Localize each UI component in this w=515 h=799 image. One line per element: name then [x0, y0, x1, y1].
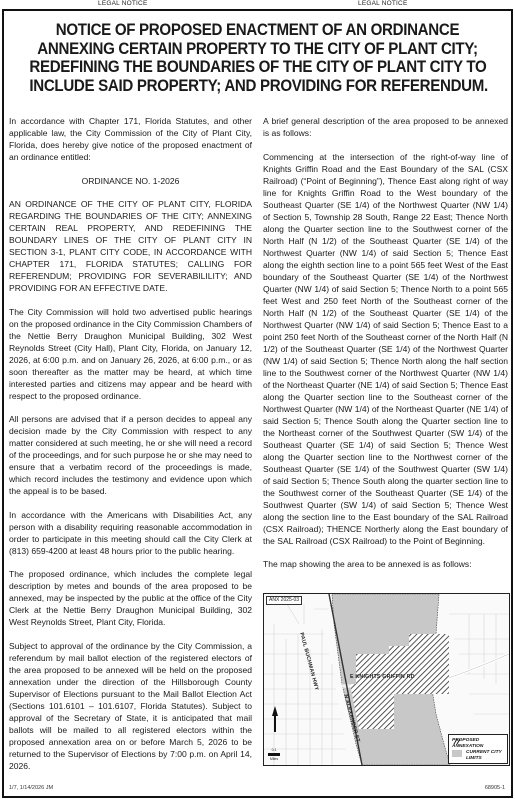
road-label-knights-griffin: E KNIGHTS GRIFFIN RD [350, 674, 415, 680]
legal-notice-label-right: LEGAL NOTICE [358, 0, 407, 8]
map-legend: PROPOSED ANNEXATION CURRENT CITY LIMITS [448, 734, 508, 764]
scale-unit: Miles [268, 757, 280, 761]
title-line-3: REDEFINING THE BOUNDARIES OF THE CITY OF… [29, 58, 485, 77]
right-column: A brief general description of the area … [263, 115, 508, 582]
map-id-label: ANX 2025-03 [266, 596, 302, 605]
ada-paragraph: In accordance with the Americans with Di… [9, 509, 252, 557]
run-dates: 1/7, 1/14/2026 JM [9, 785, 53, 791]
map-intro: The map showing the area to be annexed i… [263, 558, 508, 570]
annexation-map: ANX 2025-03 PAUL BUCHMAN HWY N ALEXANDER… [263, 593, 510, 766]
title-line-1: NOTICE OF PROPOSED ENACTMENT OF AN ORDIN… [29, 21, 485, 40]
scale-value: 0.1 [268, 748, 280, 752]
legend-proposed: PROPOSED ANNEXATION [452, 738, 490, 749]
legend-current-label: CURRENT CITY LIMITS [466, 750, 504, 761]
left-column: In accordance with Chapter 171, Florida … [9, 115, 252, 783]
legal-description: Commencing at the intersection of the ri… [263, 151, 508, 547]
ordinance-number: ORDINANCE NO. 1-2026 [9, 175, 252, 187]
scale-bar [268, 753, 280, 756]
appeal-paragraph: All persons are advised that if a person… [9, 413, 252, 497]
map-scale: 0.1 Miles [268, 748, 280, 761]
legend-current: CURRENT CITY LIMITS [452, 750, 504, 761]
brief-description-intro: A brief general description of the area … [263, 115, 508, 139]
intro-paragraph: In accordance with Chapter 171, Florida … [9, 115, 252, 163]
hearings-paragraph: The City Commission will hold two advert… [9, 306, 252, 402]
gray-swatch-icon [452, 750, 462, 757]
notice-title: NOTICE OF PROPOSED ENACTMENT OF AN ORDIN… [29, 21, 485, 95]
ordinance-title: AN ORDINANCE OF THE CITY OF PLANT CITY, … [9, 198, 252, 294]
referendum-paragraph: Subject to approval of the ordinance by … [9, 640, 252, 772]
title-line-4: INCLUDE SAID PROPERTY; AND PROVIDING FOR… [29, 77, 485, 96]
inspection-paragraph: The proposed ordinance, which includes t… [9, 568, 252, 628]
ad-number: 68905-1 [485, 785, 505, 791]
legal-notice-label-left: LEGAL NOTICE [98, 0, 147, 8]
title-line-2: ANNEXING CERTAIN PROPERTY TO THE CITY OF… [29, 40, 485, 59]
hatch-swatch-icon [452, 738, 462, 745]
page-header-bar: LEGAL NOTICE LEGAL NOTICE [0, 0, 515, 9]
